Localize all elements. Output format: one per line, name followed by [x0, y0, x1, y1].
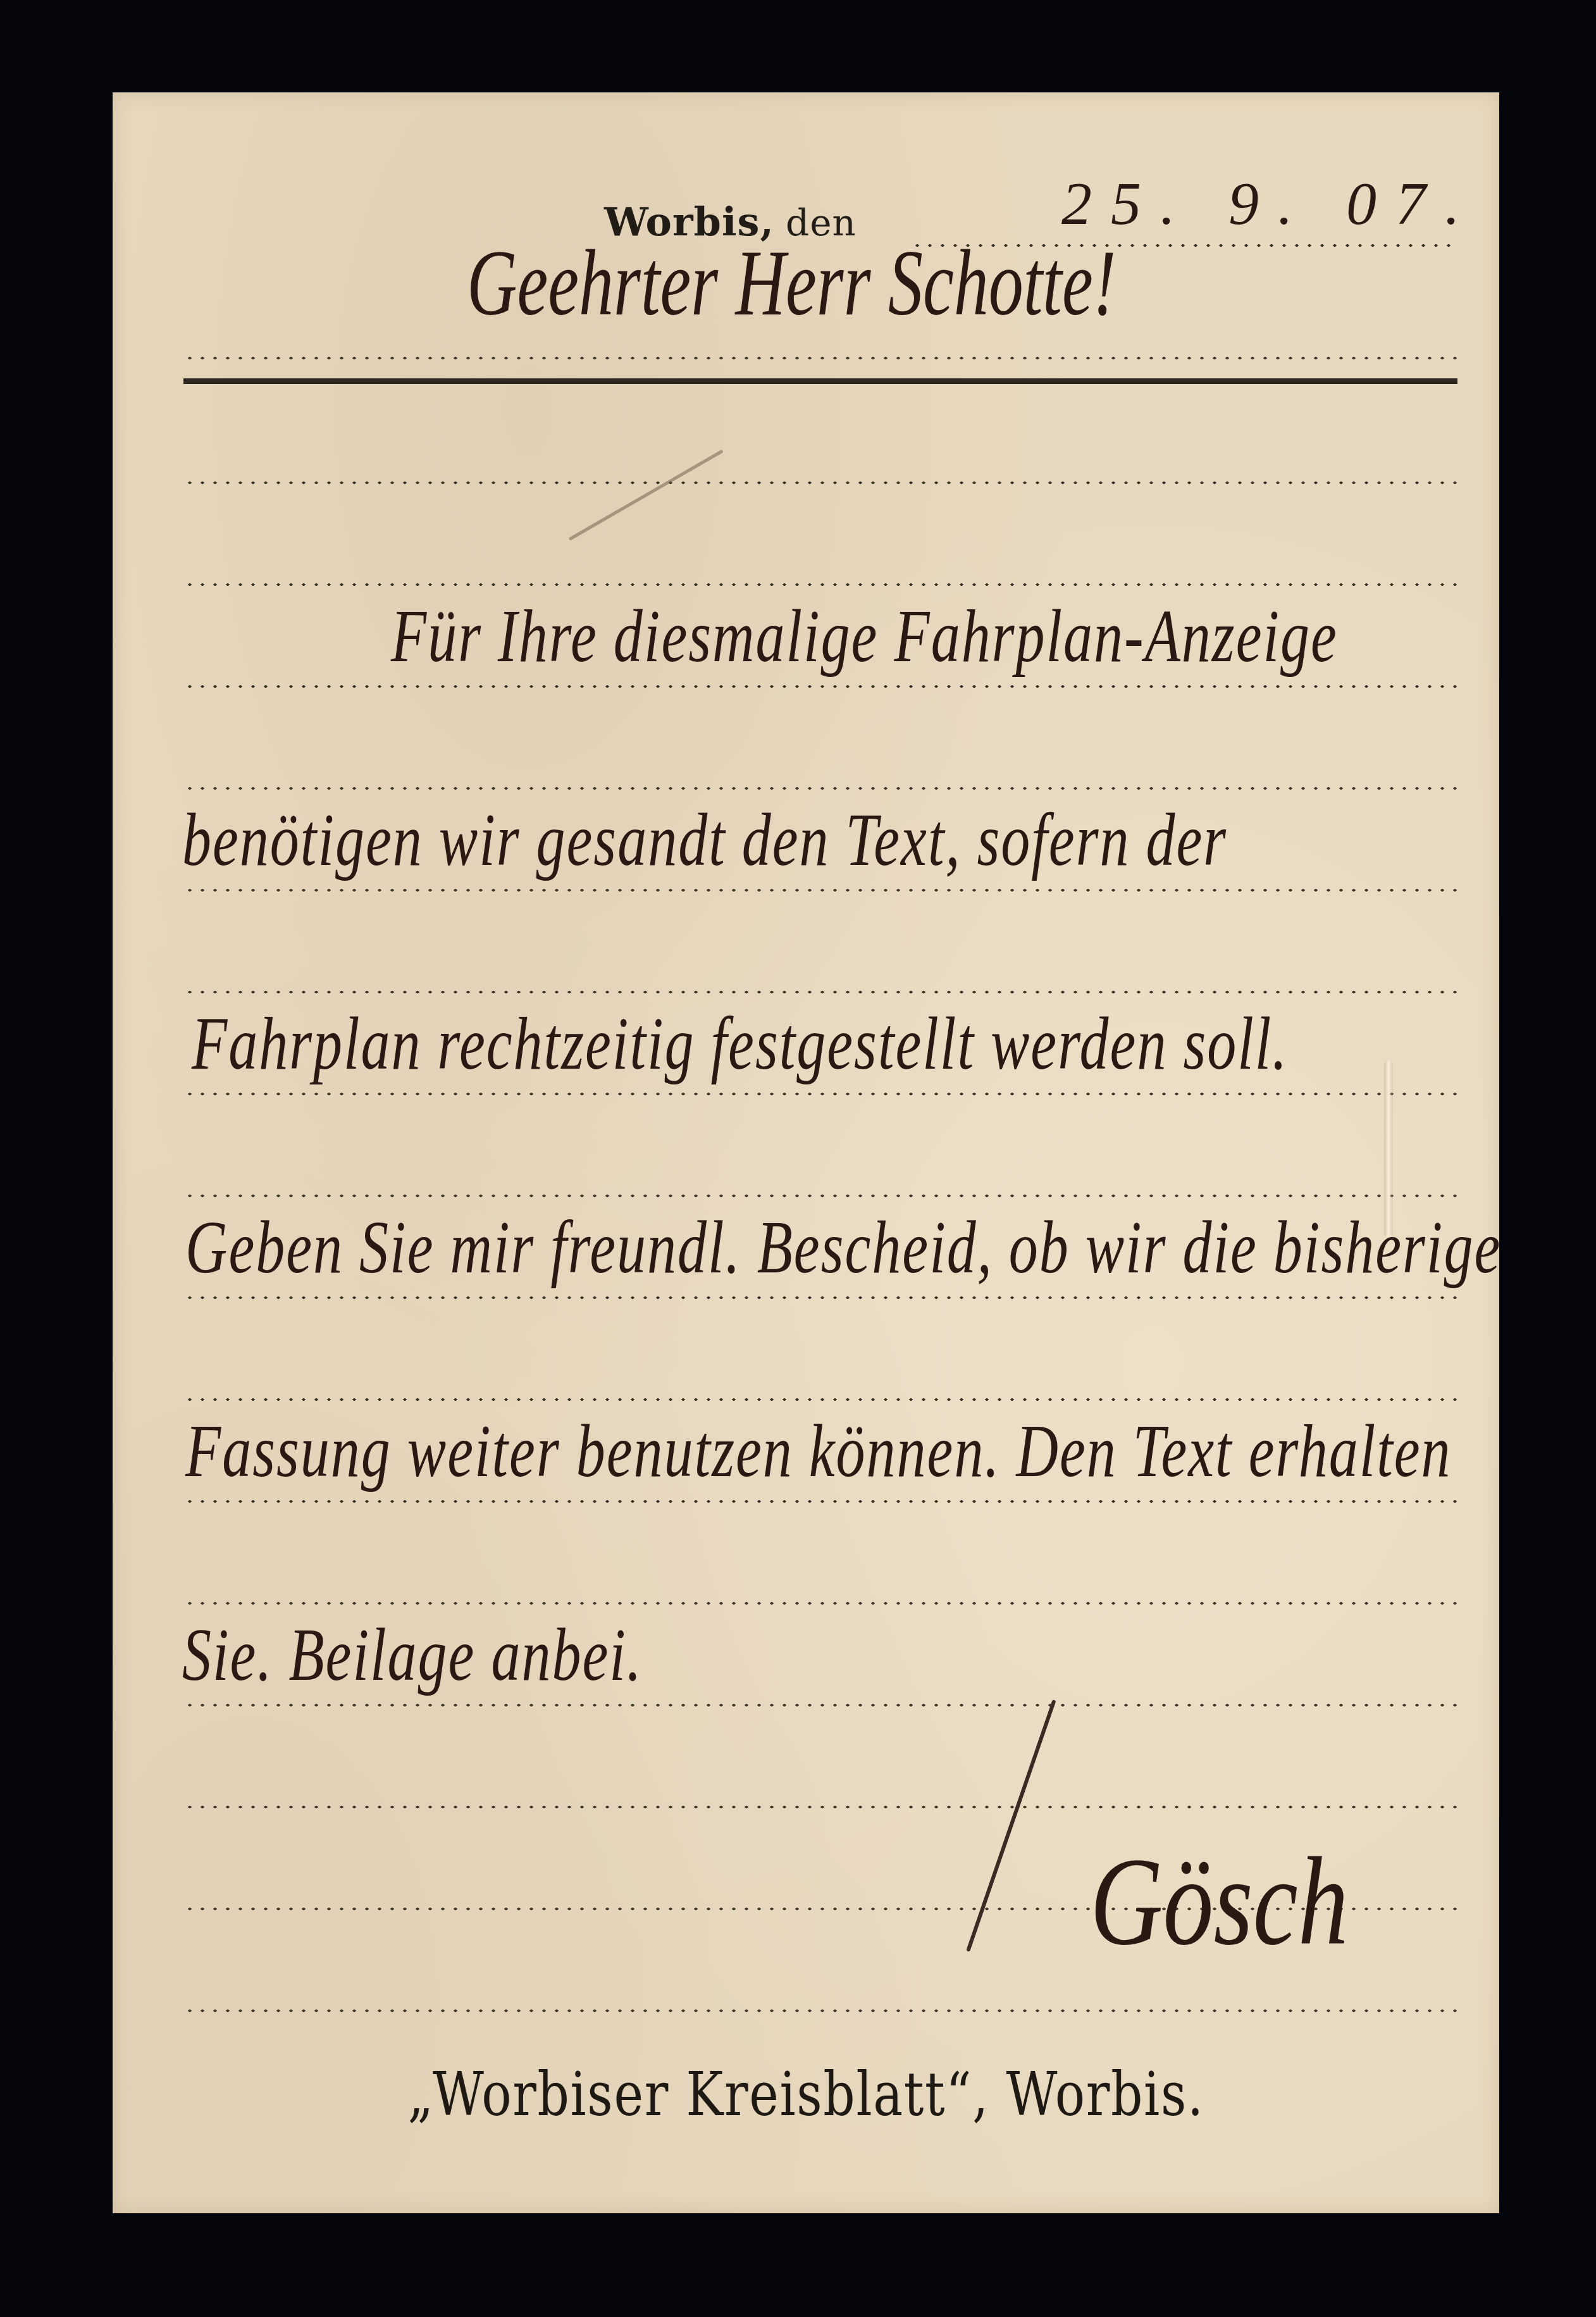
writing-line	[183, 1296, 1457, 1299]
pencil-mark	[569, 449, 724, 540]
handwritten-date: 25. 9. 07.	[1061, 168, 1479, 239]
writing-line	[183, 1500, 1457, 1503]
handwritten-line: Sie. Beilage anbei.	[182, 1611, 643, 1698]
salutation-dotted-line	[183, 357, 1457, 359]
writing-line	[183, 991, 1457, 993]
handwritten-signature: Gösch	[1090, 1829, 1349, 1975]
writing-line	[183, 787, 1457, 790]
handwritten-line: Für Ihre diesmalige Fahrplan-Anzeige	[391, 592, 1338, 680]
writing-line	[183, 1093, 1457, 1095]
thick-divider-rule	[183, 378, 1457, 384]
writing-line	[183, 1398, 1457, 1401]
handwritten-salutation: Geehrter Herr Schotte!	[467, 229, 1116, 337]
writing-line	[183, 685, 1457, 688]
writing-line	[183, 1195, 1457, 1197]
writing-line	[183, 481, 1457, 484]
writing-line	[183, 583, 1457, 586]
postcard: Worbis,den 25. 9. 07. Geehrter Herr Scho…	[113, 92, 1499, 2213]
writing-line	[183, 1704, 1457, 1706]
writing-line	[183, 2010, 1457, 2012]
printed-publisher-imprint: „Worbiser Kreisblatt“, Worbis.	[237, 2059, 1374, 2130]
writing-line	[183, 1806, 1457, 1808]
writing-line	[183, 889, 1457, 891]
handwritten-line: Fassung weiter benutzen können. Den Text…	[185, 1407, 1452, 1494]
paper-crease	[1384, 1060, 1393, 1238]
writing-line	[183, 1602, 1457, 1605]
ink-flourish-stroke	[966, 1699, 1056, 1952]
handwritten-line: Geben Sie mir freundl. Bescheid, ob wir …	[185, 1203, 1501, 1291]
handwritten-line: Fahrplan rechtzeitig festgestellt werden…	[192, 1000, 1288, 1087]
handwritten-line: benötigen wir gesandt den Text, sofern d…	[182, 796, 1227, 883]
